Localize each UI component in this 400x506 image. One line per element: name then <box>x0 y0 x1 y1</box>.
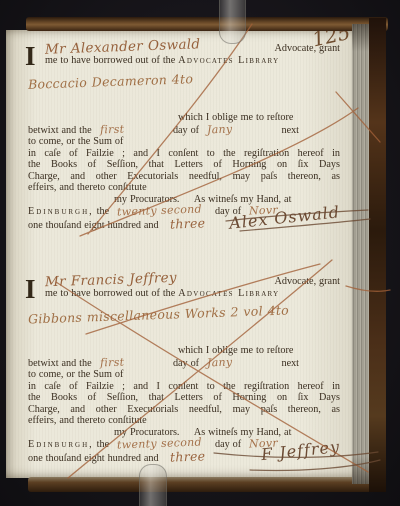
the-label: the <box>97 206 109 217</box>
book-bottom-edge <box>28 477 384 492</box>
form-initial: I <box>25 43 36 70</box>
register-page: 125. I Mr Alexander Oswald Advocate, gra… <box>6 30 354 478</box>
borrow-entry-1: I Mr Alexander Oswald Advocate, grant me… <box>28 42 340 231</box>
failzie-line-4: effeirs, and thereto conſtitute <box>28 182 340 194</box>
borrow-entry-2: I Mr Francis Jeffrey Advocate, grant me … <box>28 275 340 464</box>
procurators-line: my Procurators. As witneſs my Hand, at <box>114 194 340 206</box>
next-label: next <box>281 125 299 136</box>
book-top-edge <box>26 17 388 31</box>
library-label: Advocates Library <box>178 55 279 66</box>
the-label: the <box>97 439 109 450</box>
return-day-value: first <box>99 356 124 368</box>
photographed-register-page: 125. I Mr Alexander Oswald Advocate, gra… <box>0 0 400 506</box>
betwixt-label: betwixt and the <box>28 125 92 136</box>
library-label: Advocates Library <box>178 288 279 299</box>
day-of-label: day of <box>173 125 199 136</box>
return-month-value: Jany <box>207 123 233 135</box>
to-come-line: to come, or the Sum of <box>28 136 340 148</box>
oblige-line: which I oblige me to reſtore <box>178 112 340 124</box>
grant-line: Mr Alexander Oswald Advocate, grant <box>28 42 340 55</box>
failzie-line-3: Charge, and other Executorials needful, … <box>28 404 340 416</box>
page-holder-strap-bottom <box>139 464 167 506</box>
grant-line: Mr Francis Jeffrey Advocate, grant <box>28 275 340 288</box>
book-board-edge <box>369 18 386 492</box>
return-date-line: betwixt and the first day of Jany next <box>28 357 340 370</box>
failzie-line-2: the Books of Seſſion, that Letters of Ho… <box>28 159 340 171</box>
signed-year-value: three <box>169 450 205 463</box>
return-month-value: Jany <box>207 356 233 368</box>
year-label: one thouſand eight hundred and <box>28 453 159 464</box>
signed-year-value: three <box>169 217 205 230</box>
book-title: Boccacio Decameron 4to <box>28 73 194 90</box>
failzie-line-4: effeirs, and thereto conſtitute <box>28 415 340 427</box>
oblige-line: which I oblige me to reſtore <box>178 345 340 357</box>
form-initial: I <box>25 276 36 303</box>
failzie-line-1: in caſe of Failzie ; and I conſent to th… <box>28 148 340 160</box>
grant-label: Advocate, grant <box>275 276 340 288</box>
to-come-line: to come, or the Sum of <box>28 369 340 381</box>
book-title-line: Gibbons miscellaneous Works 2 vol 4to <box>28 309 340 325</box>
year-label: one thouſand eight hundred and <box>28 220 159 231</box>
return-date-line: betwixt and the first day of Jany next <box>28 124 340 137</box>
day-of-label: day of <box>173 358 199 369</box>
betwixt-label: betwixt and the <box>28 358 92 369</box>
edinburgh-label: Edinburgh, <box>28 439 94 450</box>
day-of-label-2: day of <box>215 439 241 450</box>
page-holder-strap-top <box>219 0 246 44</box>
failzie-line-3: Charge, and other Executorials needful, … <box>28 171 340 183</box>
procurators-line: my Procurators. As witneſs my Hand, at <box>114 427 340 439</box>
next-label: next <box>281 358 299 369</box>
failzie-line-2: the Books of Seſſion, that Letters of Ho… <box>28 392 340 404</box>
book-title: Gibbons miscellaneous Works 2 vol 4to <box>28 304 289 325</box>
failzie-line-1: in caſe of Failzie ; and I conſent to th… <box>28 381 340 393</box>
return-day-value: first <box>99 123 124 135</box>
borrower-name: Mr Francis Jeffrey <box>45 273 177 289</box>
edinburgh-label: Edinburgh, <box>28 206 94 217</box>
book-title-line: Boccacio Decameron 4to <box>28 76 340 92</box>
